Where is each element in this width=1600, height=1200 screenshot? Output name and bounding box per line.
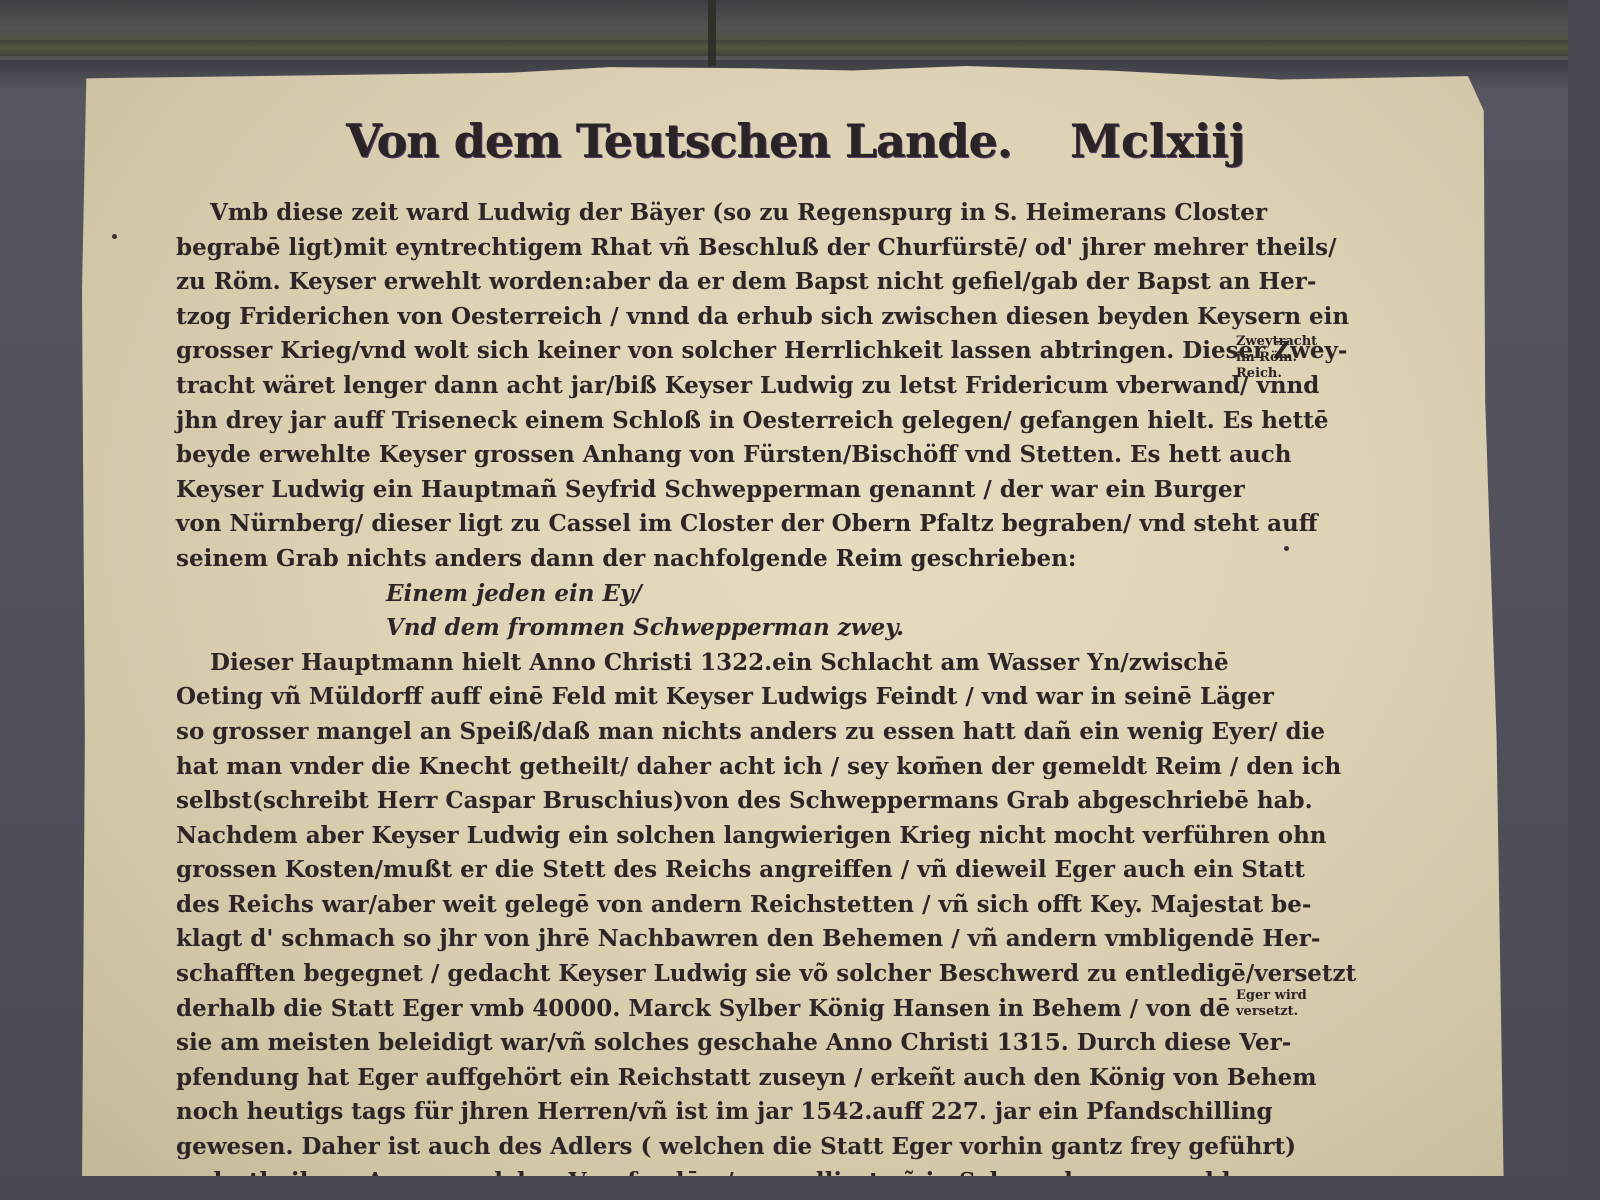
text-line: hat man vnder die Knecht getheilt/ daher… [176,750,1226,785]
text-line: grosser Krieg/vnd wolt sich keiner von s… [176,334,1226,369]
text-line: grossen Kosten/mußt er die Stett des Rei… [176,853,1226,888]
text-line: selbst(schreibt Herr Caspar Bruschius)vo… [176,784,1226,819]
text-line: schafften begegnet / gedacht Keyser Ludw… [176,957,1226,992]
text-line: des Reichs war/aber weit gelegē von ande… [176,888,1226,923]
text-line: vndertheil zur Anzeyg solcher Verpfendūg… [176,1165,1226,1176]
text-line: so grosser mangel an Speiß/daß man nicht… [176,715,1226,750]
text-line: derhalb die Statt Eger vmb 40000. Marck … [176,992,1226,1027]
ink-spot [112,234,117,239]
text-line: pfendung hat Eger auffgehört ein Reichst… [176,1061,1226,1096]
text-line: Keyser Ludwig ein Hauptmañ Seyfrid Schwe… [176,473,1226,508]
text-line: begrabē ligt)mit eyntrechtigem Rhat vñ B… [176,231,1226,266]
verse-line: Einem jeden ein Ey/ [176,577,1226,612]
marginal-note: Eger wird versetzt. [1236,988,1307,1020]
text-line: gewesen. Daher ist auch des Adlers ( wel… [176,1130,1226,1165]
text-line: klagt d' schmach so jhr von jhrē Nachbaw… [176,922,1226,957]
page: Von dem Teutschen Lande. Mclxiij Vmb die… [0,0,1568,1176]
text-line: sie am meisten beleidigt war/vñ solches … [176,1026,1226,1061]
folio-number: Mclxiij [1070,114,1245,168]
text-line: Nachdem aber Keyser Ludwig ein solchen l… [176,819,1226,854]
text-line: Vmb diese zeit ward Ludwig der Bäyer (so… [176,196,1226,231]
verse-line: Vnd dem frommen Schwepperman zwey. [176,611,1226,646]
text-line: zu Röm. Keyser erwehlt worden:aber da er… [176,265,1226,300]
marginal-note: Zweytracht im Röm. Reich. [1236,334,1317,382]
text-line: jhn drey jar auff Triseneck einem Schloß… [176,404,1226,439]
text-line: beyde erwehlte Keyser grossen Anhang von… [176,438,1226,473]
text-line: Dieser Hauptmann hielt Anno Christi 1322… [176,646,1226,681]
text-line: tzog Friderichen von Oesterreich / vnnd … [176,300,1226,335]
text-line: Oeting vñ Müldorff auff einē Feld mit Ke… [176,680,1226,715]
running-head: Von dem Teutschen Lande. [346,114,1012,168]
text-line: noch heutigs tags für jhren Herren/vñ is… [176,1095,1226,1130]
text-line: von Nürnberg/ dieser ligt zu Cassel im C… [176,507,1226,542]
body-text: Vmb diese zeit ward Ludwig der Bäyer (so… [176,196,1226,1176]
text-line: tracht wäret lenger dann acht jar/biß Ke… [176,369,1226,404]
text-line: seinem Grab nichts anders dann der nachf… [176,542,1226,577]
ink-spot [1284,546,1289,551]
